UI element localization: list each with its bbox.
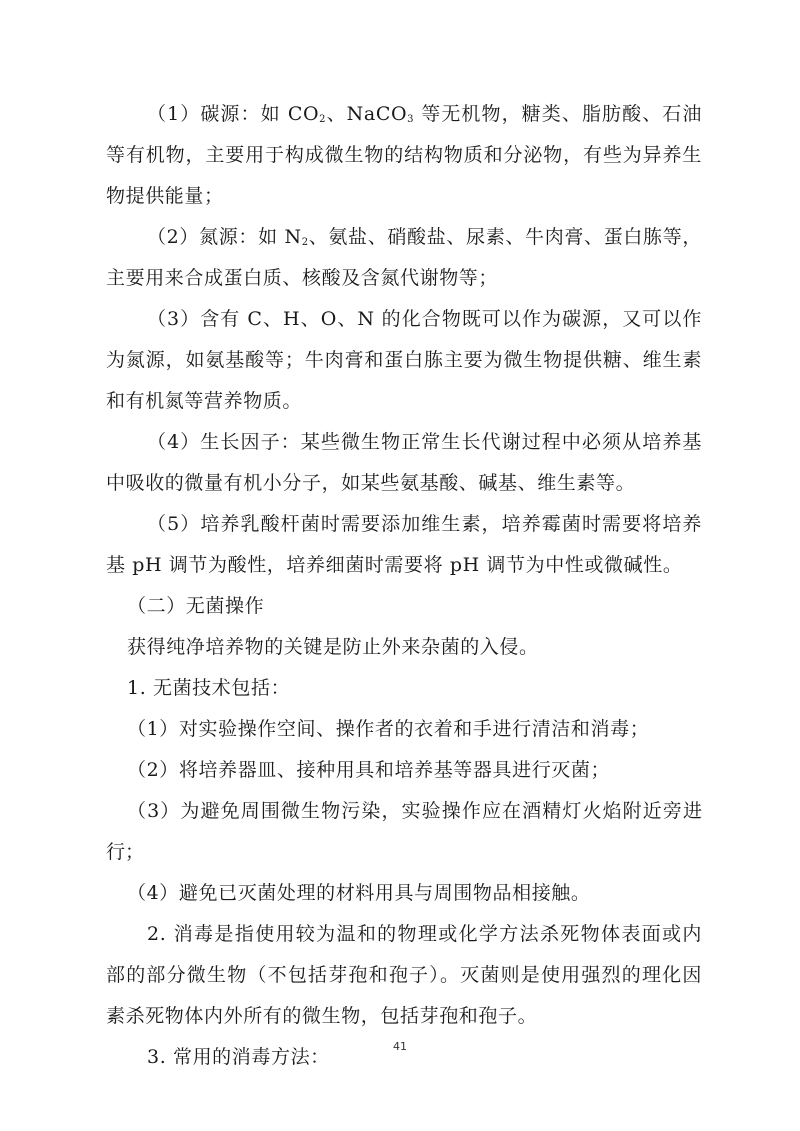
list-item-aseptic-3: （3）为避免周围微生物污染，实验操作应在酒精灯火焰附近旁进行； [106, 791, 702, 873]
list-item-aseptic-4: （4）避免已灭菌处理的材料用具与周围物品相接触。 [106, 873, 702, 914]
aseptic-technique-heading: 1. 无菌技术包括： [106, 668, 702, 709]
text-span: （2）氮源：如 N [147, 226, 302, 248]
paragraph-disinfection-definition: 2. 消毒是指使用较为温和的物理或化学方法杀死物体表面或内部的部分微生物（不包括… [106, 914, 702, 1037]
list-item-aseptic-2: （2）将培养器皿、接种用具和培养基等器具进行灭菌； [106, 750, 702, 791]
paragraph-nitrogen-source: （2）氮源：如 N2、氨盐、硝酸盐、尿素、牛肉膏、蛋白胨等，主要用来合成蛋白质、… [106, 217, 702, 299]
subscript: 2 [302, 237, 309, 248]
list-item-aseptic-1: （1）对实验操作空间、操作者的衣着和手进行清洁和消毒； [106, 709, 702, 750]
paragraph-culture-ph: （5）培养乳酸杆菌时需要添加维生素，培养霉菌时需要将培养基 pH 调节为酸性，培… [106, 504, 702, 586]
paragraph-growth-factor: （4）生长因子：某些微生物正常生长代谢过程中必须从培养基中吸收的微量有机小分子，… [106, 422, 702, 504]
text-span: 、NaCO [326, 103, 407, 125]
section-heading: （二）无菌操作 [106, 586, 702, 627]
paragraph-chon-compounds: （3）含有 C、H、O、N 的化合物既可以作为碳源，又可以作为氮源，如氨基酸等；… [106, 299, 702, 422]
document-page: （1）碳源：如 CO2、NaCO3 等无机物，糖类、脂肪酸、石油等有机物，主要用… [106, 94, 702, 1078]
paragraph-key-point: 获得纯净培养物的关键是防止外来杂菌的入侵。 [106, 627, 702, 668]
paragraph-carbon-source: （1）碳源：如 CO2、NaCO3 等无机物，糖类、脂肪酸、石油等有机物，主要用… [106, 94, 702, 217]
page-number: 41 [0, 1040, 800, 1053]
text-span: （1）碳源：如 CO [147, 103, 319, 125]
